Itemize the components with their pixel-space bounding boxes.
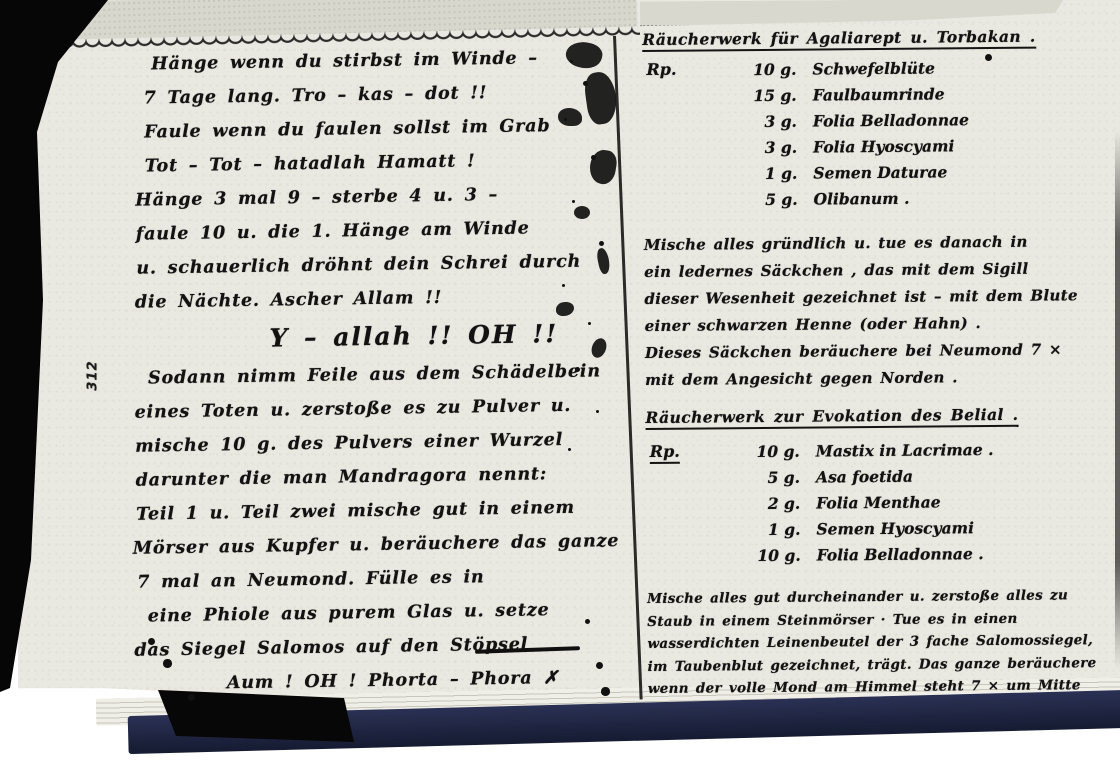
manuscript-book-photo: 312 Hänge wenn du stirbst im Winde – 7 T… bbox=[0, 0, 1120, 768]
handwritten-line: Aum ! OH ! Phorta – Phora ✗ bbox=[227, 660, 615, 700]
handwritten-exclamation-line: Y – allah !! OH !! bbox=[269, 312, 610, 359]
right-page-text: Räucherwerk für Agaliarept u. Torbakan .… bbox=[642, 26, 1113, 701]
ingredient-quantity: 10 g. bbox=[756, 439, 800, 465]
ingredient-quantity: 1 g. bbox=[753, 161, 797, 187]
ingredient-quantity: 3 g. bbox=[753, 109, 797, 135]
ingredient-name: Olibanum . bbox=[813, 189, 909, 209]
recipe-list-1: Rp. 10 g.Schwefelblüte 15 g.Faulbaumrind… bbox=[642, 54, 1108, 214]
handwritten-line: wenn der volle Mond am Himmel steht 7 × … bbox=[648, 674, 1113, 701]
ingredient-name: Asa foetida bbox=[816, 467, 913, 487]
recipe-row: 10 g.Mastix in Lacrimae . bbox=[756, 436, 1111, 465]
recipe-row: 5 g.Olibanum . bbox=[753, 184, 1108, 213]
recipe-row: 10 g.Schwefelblüte bbox=[752, 54, 1107, 83]
recipe-row: 3 g.Folia Belladonnae bbox=[753, 106, 1108, 135]
ingredient-name: Schwefelblüte bbox=[812, 58, 935, 78]
ingredient-quantity: 5 g. bbox=[753, 187, 797, 213]
ingredient-quantity: 1 g. bbox=[756, 517, 800, 543]
recipe-list-2: Rp. 10 g.Mastix in Lacrimae . 5 g.Asa fo… bbox=[646, 436, 1112, 570]
ingredient-name: Faulbaumrinde bbox=[813, 84, 945, 104]
handwritten-line: Mische alles gut durcheinander u. zersto… bbox=[647, 584, 1112, 611]
ingredient-quantity: 5 g. bbox=[756, 465, 800, 491]
recipe-row: 15 g.Faulbaumrinde bbox=[753, 80, 1108, 109]
handwritten-line: Mische alles gründlich u. tue es danach … bbox=[644, 228, 1109, 259]
ingredient-name: Folia Belladonnae bbox=[813, 110, 969, 130]
recipe-row: 10 g.Folia Belladonnae . bbox=[757, 540, 1112, 569]
ingredient-quantity: 10 g. bbox=[752, 57, 796, 83]
recipe-heading-2: Räucherwerk zur Evokation des Belial . bbox=[645, 405, 1018, 430]
instructions-paragraph-2: Mische alles gut durcheinander u. zersto… bbox=[647, 584, 1113, 701]
recipe-row: 1 g.Semen Daturae bbox=[753, 158, 1108, 187]
handwritten-line: wasserdichten Leinenbeutel der 3 fache S… bbox=[647, 629, 1112, 656]
recipe-row: 1 g.Semen Hyoscyami bbox=[756, 514, 1111, 543]
handwritten-line: Faule wenn du faulen sollst im Grab bbox=[144, 108, 606, 149]
ingredient-name: Semen Hyoscyami bbox=[816, 518, 974, 538]
ingredient-name: Mastix in Lacrimae . bbox=[816, 440, 994, 461]
left-page-text: Hänge wenn du stirbst im Winde – 7 Tage … bbox=[125, 40, 615, 701]
ingredient-quantity: 2 g. bbox=[756, 491, 800, 517]
ingredient-name: Folia Menthae bbox=[816, 492, 941, 512]
recipe-row: 2 g.Folia Menthae bbox=[756, 488, 1111, 517]
handwritten-line: Dieses Säckchen beräuchere bei Neumond 7… bbox=[645, 336, 1110, 367]
ingredient-quantity: 15 g. bbox=[753, 83, 797, 109]
page-number: 312 bbox=[86, 360, 101, 390]
ingredient-name: Semen Daturae bbox=[813, 162, 947, 182]
handwritten-line: ein ledernes Säckchen , das mit dem Sigi… bbox=[644, 255, 1109, 286]
instructions-paragraph-1: Mische alles gründlich u. tue es danach … bbox=[644, 228, 1110, 394]
ingredient-name: Folia Belladonnae . bbox=[817, 544, 984, 564]
recipe-row: 3 g.Folia Hyoscyami bbox=[753, 132, 1108, 161]
handwritten-line: mit dem Angesicht gegen Norden . bbox=[645, 363, 1110, 394]
ingredient-name: Folia Hyoscyami bbox=[813, 136, 954, 156]
recipe-heading-1: Räucherwerk für Agaliarept u. Torbakan . bbox=[642, 27, 1036, 52]
ingredient-quantity: 10 g. bbox=[757, 543, 801, 569]
ingredient-quantity: 3 g. bbox=[753, 135, 797, 161]
recipe-row: 5 g.Asa foetida bbox=[756, 462, 1111, 491]
rp-label-2: Rp. bbox=[650, 442, 680, 464]
page-edge-shadow-right bbox=[1115, 130, 1120, 670]
handwritten-line: Hänge wenn du stirbst im Winde – bbox=[151, 40, 605, 81]
rp-label-1: Rp. bbox=[646, 60, 676, 79]
handwritten-line: einer schwarzen Henne (oder Hahn) . bbox=[645, 309, 1110, 340]
handwritten-line: dieser Wesenheit gezeichnet ist – mit de… bbox=[644, 282, 1109, 313]
